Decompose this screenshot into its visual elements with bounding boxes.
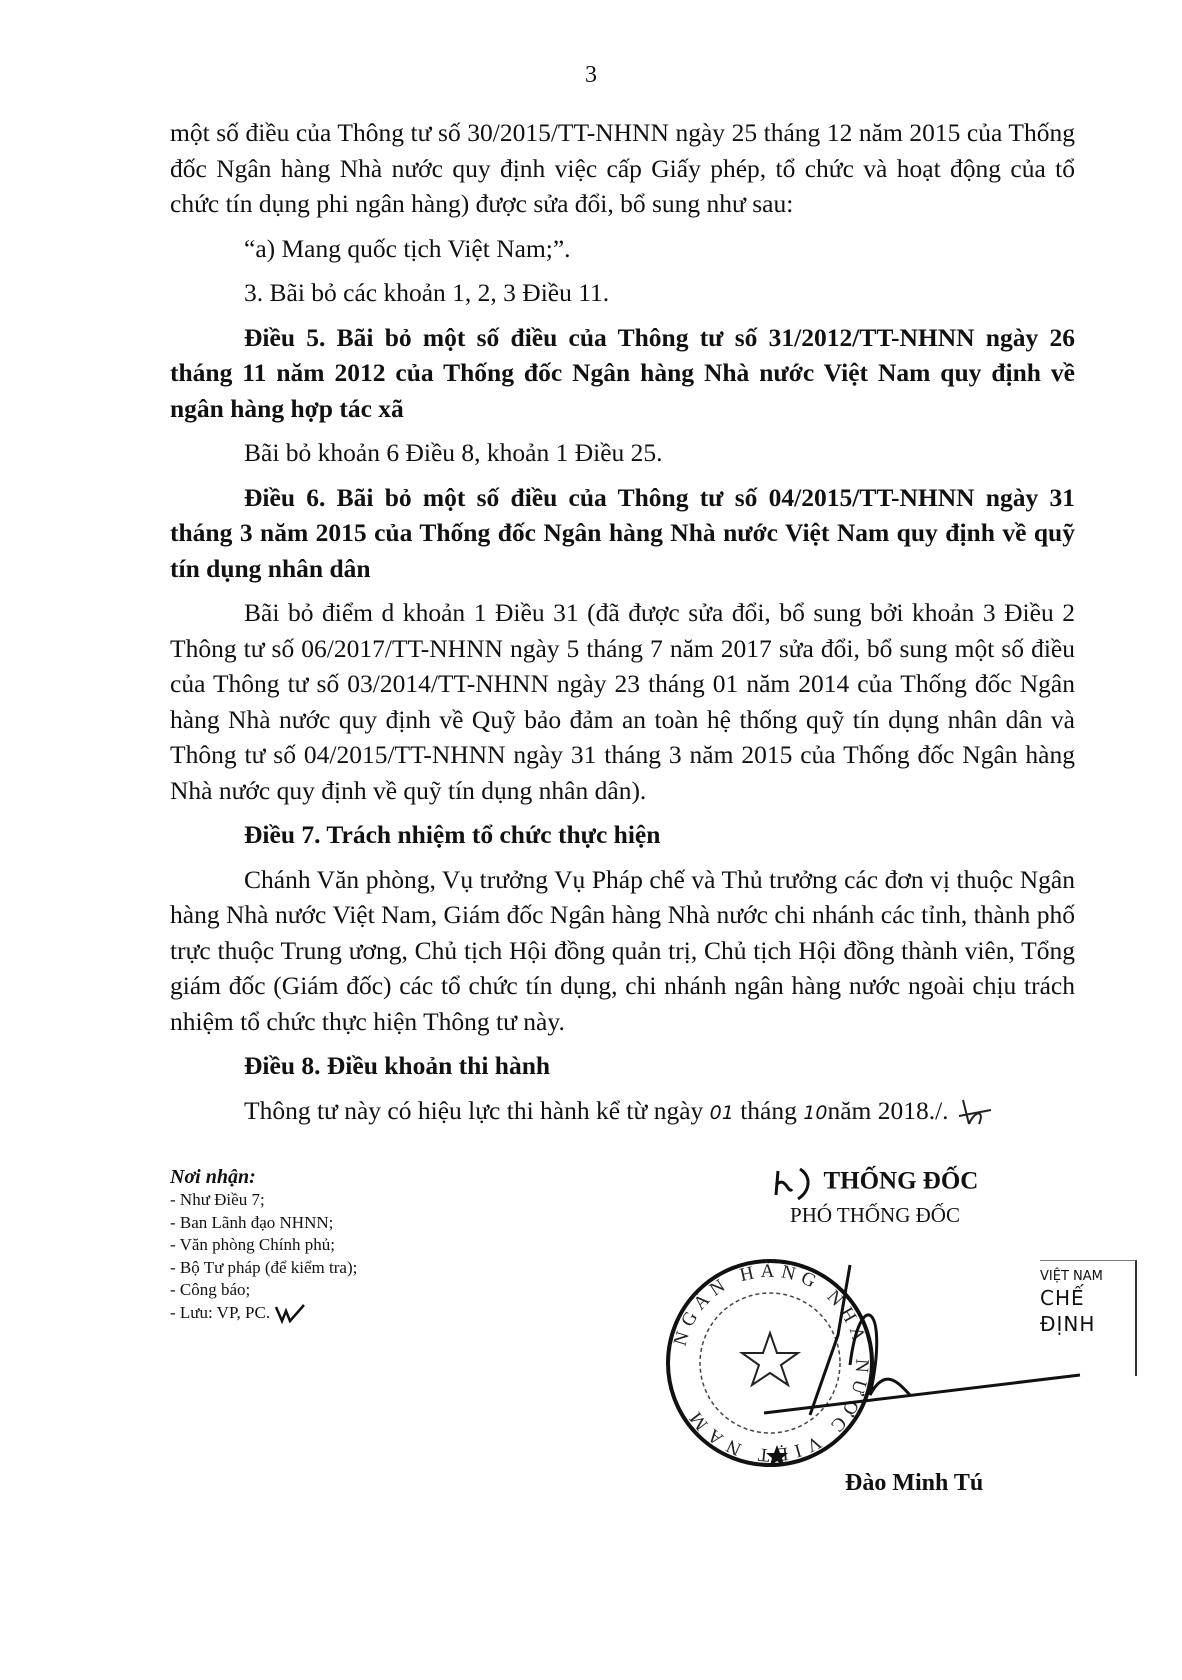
recipients-title: Nơi nhận: <box>170 1165 357 1189</box>
paragraph-clause-3: 3. Bãi bỏ các khoản 1, 2, 3 Điều 11. <box>170 275 1075 311</box>
signature-role: THỐNG ĐỐC <box>700 1165 1050 1201</box>
recipient-item: - Như Điều 7; <box>170 1189 357 1212</box>
recipients-block: Nơi nhận: - Như Điều 7; - Ban Lãnh đạo N… <box>170 1165 357 1325</box>
handwritten-day: 01 <box>710 1102 734 1124</box>
signature-block: THỐNG ĐỐC PHÓ THỐNG ĐỐC <box>700 1165 1050 1228</box>
article-7-body: Chánh Văn phòng, Vụ trưởng Vụ Pháp chế v… <box>170 862 1075 1040</box>
article-6-heading: Điều 6. Bãi bỏ một số điều của Thông tư … <box>170 480 1075 587</box>
recipient-item: - Lưu: VP, PC. <box>170 1302 357 1325</box>
recipient-item: - Ban Lãnh đạo NHNN; <box>170 1212 357 1235</box>
recipient-item: - Bộ Tư pháp (để kiểm tra); <box>170 1257 357 1280</box>
initial-mark-icon <box>955 1096 995 1130</box>
signer-name: Đào Minh Tú <box>845 1470 983 1497</box>
legal-dept-stamp: VIỆT NAM CHẾ ĐỊNH <box>1040 1260 1137 1376</box>
article-7-heading: Điều 7. Trách nhiệm tổ chức thực hiện <box>170 817 1075 853</box>
effective-prefix: Thông tư này có hiệu lực thi hành kể từ … <box>244 1096 710 1125</box>
handwritten-month: 10 <box>803 1102 827 1124</box>
paragraph-continuation: một số điều của Thông tư số 30/2015/TT-N… <box>170 115 1075 222</box>
recipient-item: - Văn phòng Chính phủ; <box>170 1234 357 1257</box>
effective-middle: tháng <box>734 1096 803 1125</box>
document-body: một số điều của Thông tư số 30/2015/TT-N… <box>170 115 1075 1131</box>
handwritten-kt-icon <box>772 1165 818 1201</box>
article-5-heading: Điều 5. Bãi bỏ một số điều của Thông tư … <box>170 320 1075 427</box>
article-8-heading: Điều 8. Điều khoản thi hành <box>170 1048 1075 1084</box>
article-8-body: Thông tư này có hiệu lực thi hành kể từ … <box>170 1093 1075 1132</box>
handwritten-initial-icon <box>274 1303 308 1325</box>
recipient-item: - Công báo; <box>170 1279 357 1302</box>
signature-subrole: PHÓ THỐNG ĐỐC <box>700 1203 1050 1228</box>
paragraph-quote: “a) Mang quốc tịch Việt Nam;”. <box>170 231 1075 267</box>
article-6-body: Bãi bỏ điểm d khoản 1 Điều 31 (đã được s… <box>170 595 1075 808</box>
effective-suffix: năm 2018./. <box>827 1096 948 1125</box>
official-seal-icon: NGÂN HÀNG NHÀ NƯỚC VIỆT NAM <box>660 1245 1100 1475</box>
page-number: 3 <box>0 62 1182 89</box>
article-5-body: Bãi bỏ khoản 6 Điều 8, khoản 1 Điều 25. <box>170 435 1075 471</box>
